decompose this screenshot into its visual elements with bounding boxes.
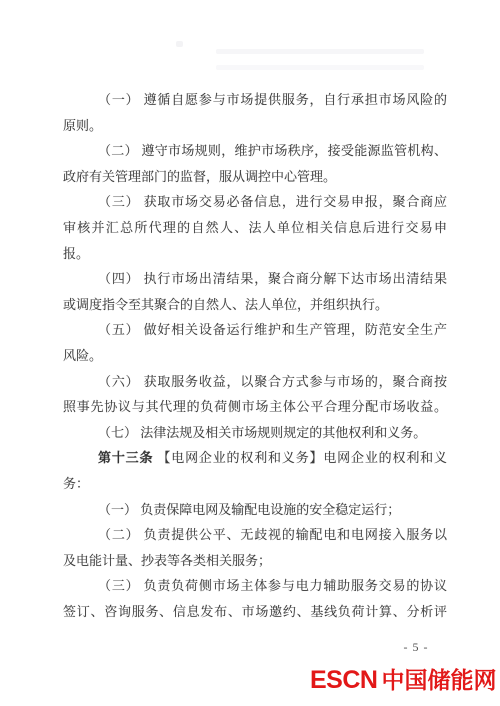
document-line: 及电能计量、抄表等各类相关服务； [63,548,447,574]
scan-artifact [176,41,183,47]
document-line: （二） 遵守市场规则，维护市场秩序，接受能源监管机构、 [63,138,447,164]
document-line: （二） 负责提供公平、无歧视的输配电和电网接入服务以 [63,522,447,548]
article-title-text: 【电网企业的权利和义务】电网企业的权利和义 [153,450,447,465]
escn-watermark-logo: ESCN中国储能网 [310,662,496,695]
document-line: 务： [63,471,447,497]
document-line: 签订、咨询服务、信息发布、市场邀约、基线负荷计算、分析评 [63,599,447,625]
document-body: （一） 遵循自愿参与市场提供服务，自行承担市场风险的 原则。 （二） 遵守市场规… [63,87,447,624]
document-line: （六） 获取服务收益，以聚合方式参与市场的，聚合商按 [63,369,447,395]
document-line: 照事先协议与其代理的负荷侧市场主体公平合理分配市场收益。 [63,394,447,420]
document-line: 政府有关管理部门的监督，服从调控中心管理。 [63,164,447,190]
document-line: 审核并汇总所代理的自然人、法人单位相关信息后进行交易申 [63,215,447,241]
scan-artifact [216,49,424,54]
document-line: （七） 法律法规及相关市场规则规定的其他权利和义务。 [63,420,447,446]
escn-logo-text-zh: 中国储能网 [381,662,496,695]
article-number: 第十三条 [98,450,153,465]
document-line: 风险。 [63,343,447,369]
document-line: 原则。 [63,113,447,139]
document-line: （五） 做好相关设备运行维护和生产管理，防范安全生产 [63,317,447,343]
page-number: - 5 - [396,640,436,655]
document-line-article-13: 第十三条 【电网企业的权利和义务】电网企业的权利和义 [63,445,447,471]
document-line: （一） 遵循自愿参与市场提供服务，自行承担市场风险的 [63,87,447,113]
document-line: 或调度指令至其聚合的自然人、法人单位，并组织执行。 [63,292,447,318]
document-line: 报。 [63,241,447,267]
document-line: （四） 执行市场出清结果，聚合商分解下达市场出清结果 [63,266,447,292]
escn-logo-text-en: ESCN [310,666,377,695]
scan-artifact [216,65,424,70]
scanned-document-page: （一） 遵循自愿参与市场提供服务，自行承担市场风险的 原则。 （二） 遵守市场规… [0,0,500,706]
document-line: （三） 获取市场交易必备信息，进行交易申报，聚合商应 [63,189,447,215]
document-line: （一） 负责保障电网及输配电设施的安全稳定运行； [63,497,447,523]
document-line: （三） 负责负荷侧市场主体参与电力辅助服务交易的协议 [63,573,447,599]
